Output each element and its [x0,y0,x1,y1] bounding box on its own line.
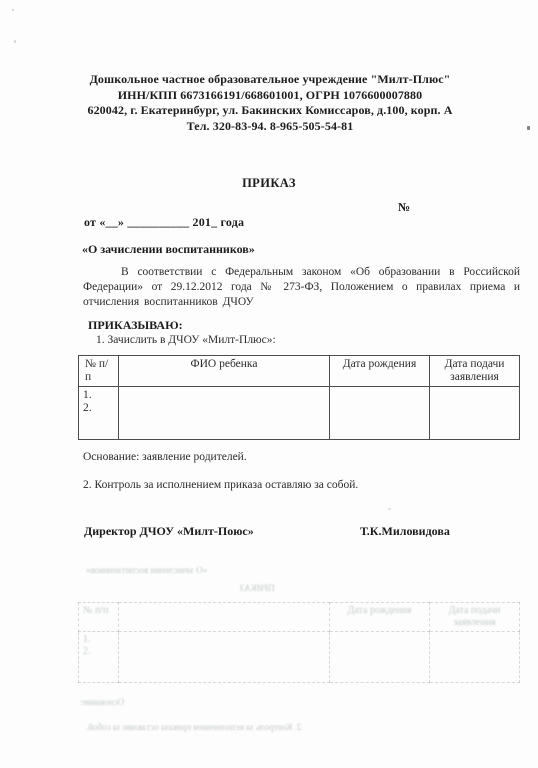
header-cell-child-name: ФИО ребенка [119,356,330,387]
ghost-header-cell: Дата подачи заявления [430,603,520,632]
header-cell-number: № п/п [79,356,119,387]
ghost-header-row: № п/п Дата рождения Дата подачи заявлени… [79,603,520,632]
document-number-label: № [398,200,410,215]
ghost-cell [330,632,430,683]
order-item-1: 1. Зачислить в ДЧОУ «Милт-Плюс»: [96,334,276,346]
date-line: от «__» __________ 201_ года [84,215,244,230]
cell-child-name [119,387,330,440]
org-name: Дошкольное частное образовательное учреж… [40,72,500,88]
ghost-cell: 1. 2. [79,632,119,683]
scan-artifact [388,508,391,510]
order-heading: ПРИКАЗЫВАЮ: [88,318,183,333]
ghost-cell [119,632,330,683]
signature-name: Т.К.Миловидова [360,524,450,539]
signature-position: Директор ДЧОУ «Милт-Поюс» [84,524,254,539]
enrollment-table: № п/п ФИО ребенка Дата рождения Дата под… [78,355,520,440]
header-cell-application-date: Дата подачи заявления [430,356,520,387]
ghost-text-line: «О зачислении воспитанников» [86,565,207,575]
subject-line: «О зачислении воспитанников» [82,242,255,257]
control-line: 2. Контроль за исполнением приказа остав… [83,479,358,491]
basis-line: Основание: заявление родителей. [83,451,247,463]
ghost-table: № п/п Дата рождения Дата подачи заявлени… [78,602,520,683]
ghost-header-cell: № п/п [79,603,119,632]
scan-artifact [527,126,530,130]
cell-application-date [430,387,520,440]
scan-artifact [12,9,14,11]
org-inn-kpp-ogrn: ИНН/КПП 6673166191/668601001, ОГРН 10766… [40,88,500,104]
org-address: 620042, г. Екатеринбург, ул. Бакинских К… [40,103,500,119]
org-letterhead: Дошкольное частное образовательное учреж… [40,72,500,134]
document-title: ПРИКАЗ [0,176,538,191]
ghost-header-cell [119,603,330,632]
intro-paragraph: В соответствии с Федеральным законом «Об… [83,265,520,310]
cell-number: 1. 2. [79,387,119,440]
scanned-order-document: Дошкольное частное образовательное учреж… [0,0,538,768]
ghost-text-line: ПРИКАЗ [240,583,275,593]
ghost-text-line: Основание: [80,697,124,707]
scan-artifact [98,104,100,106]
ghost-table-row: 1. 2. [79,632,520,683]
cell-birthdate [330,387,430,440]
org-phone: Тел. 320-83-94. 8-965-505-54-81 [40,119,500,135]
ghost-header-cell: Дата рождения [330,603,430,632]
table-row: 1. 2. [79,387,520,440]
table-header-row: № п/п ФИО ребенка Дата рождения Дата под… [79,356,520,387]
scan-artifact [14,40,16,43]
ghost-text-line: 2. Контроль за исполнением приказа остав… [86,722,301,732]
ghost-cell [430,632,520,683]
header-cell-birthdate: Дата рождения [330,356,430,387]
